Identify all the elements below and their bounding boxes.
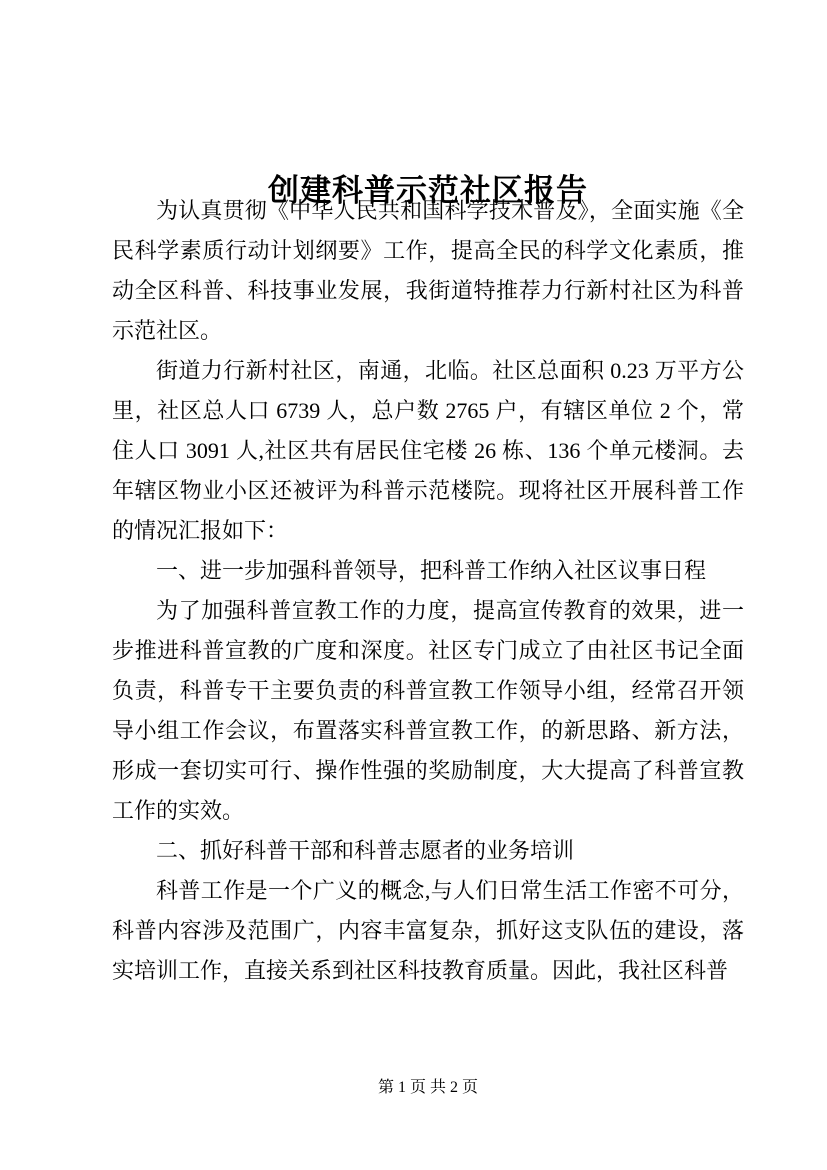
page-number-footer: 第 1 页 共 2 页 <box>112 1076 744 1100</box>
body-paragraph-3: 为了加强科普宣教工作的力度，提高宣传教育的效果，进一步推进科普宣教的广度和深度。… <box>112 591 744 831</box>
document-body: 为认真贯彻《中华人民共和国科学技术普及》，全面实施《全民科学素质行动计划纲要》工… <box>112 191 744 991</box>
document-page: 创建科普示范社区报告 为认真贯彻《中华人民共和国科学技术普及》，全面实施《全民科… <box>0 0 827 1170</box>
body-paragraph-1: 为认真贯彻《中华人民共和国科学技术普及》，全面实施《全民科学素质行动计划纲要》工… <box>112 191 744 351</box>
body-paragraph-4: 科普工作是一个广义的概念,与人们日常生活工作密不可分，科普内容涉及范围广，内容丰… <box>112 871 744 991</box>
section-heading-2: 二、抓好科普干部和科普志愿者的业务培训 <box>112 831 744 871</box>
section-heading-1: 一、进一步加强科普领导，把科普工作纳入社区议事日程 <box>112 551 744 591</box>
body-paragraph-2: 街道力行新村社区，南通，北临。社区总面积 0.23 万平方公里，社区总人口 67… <box>112 351 744 551</box>
